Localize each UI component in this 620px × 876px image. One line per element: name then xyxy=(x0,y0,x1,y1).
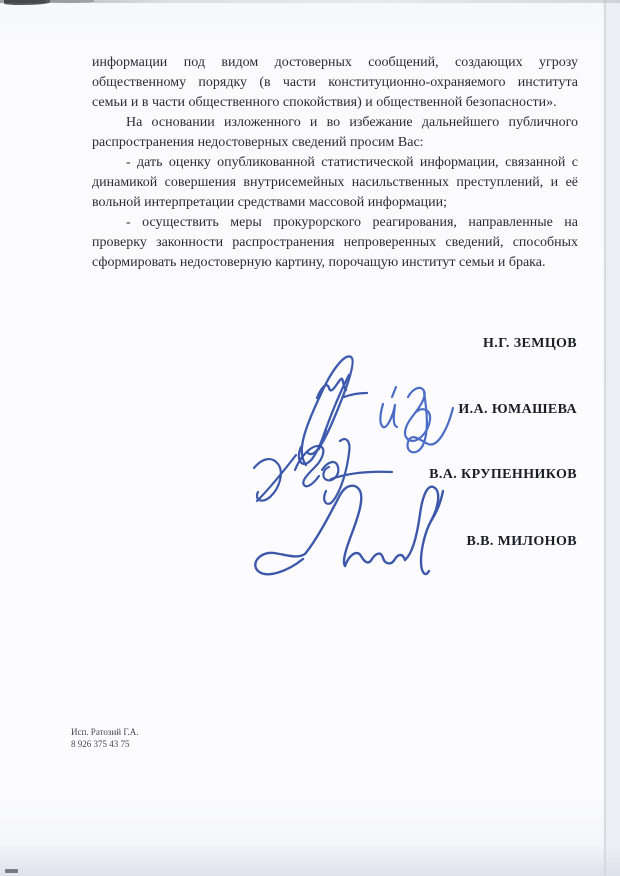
footer-phone: 8 926 375 43 75 xyxy=(71,739,139,751)
signature-krupennikov xyxy=(254,439,392,504)
footer-executor: Исп. Ратозий Г.А. xyxy=(71,727,139,739)
signature-milonov xyxy=(255,486,443,574)
scanned-document-page: информации под видом достоверных сообщен… xyxy=(0,0,620,876)
footer-block: Исп. Ратозий Г.А. 8 926 375 43 75 xyxy=(71,727,139,750)
signature-yumasheva xyxy=(380,387,453,452)
